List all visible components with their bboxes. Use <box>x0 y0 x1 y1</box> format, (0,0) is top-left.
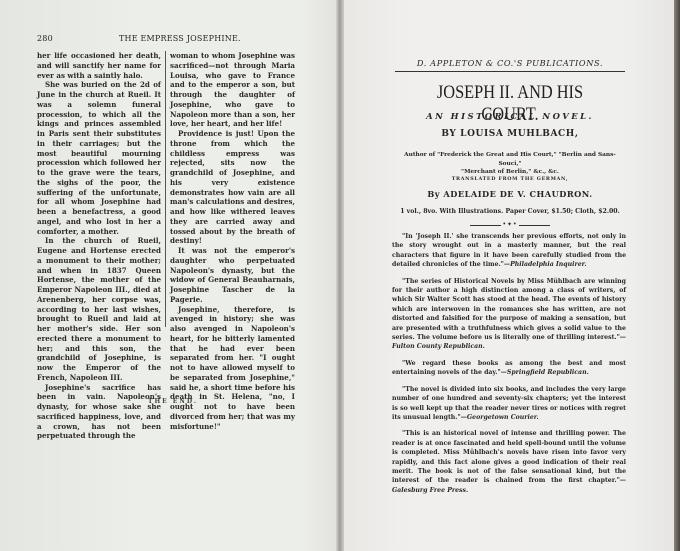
column-divider <box>165 51 166 327</box>
paragraph: Josephine's sacrifice has been in vain. … <box>37 383 161 442</box>
paragraph: Providence is just! Upon the throne from… <box>170 129 295 246</box>
review-quote: "This is an historical novel of intense … <box>392 429 626 495</box>
review-quote: "We regard these books as among the best… <box>392 359 626 378</box>
review-text: "This is an historical novel of intense … <box>392 430 626 484</box>
publisher-rule <box>395 71 625 72</box>
ornament-rule-left <box>470 225 501 226</box>
review-text: "The series of Historical Novels by Miss… <box>392 278 626 341</box>
book-gutter <box>336 0 344 551</box>
running-head-title: THE EMPRESS JOSEPHINE. <box>119 34 241 43</box>
review-source: Georgetown Courier. <box>467 414 539 421</box>
review-source: Galesburg Free Press. <box>392 487 468 494</box>
book-subtitle: AN HISTORICAL NOVEL. <box>395 111 625 121</box>
book-edge <box>674 0 680 551</box>
review-quote: "The series of Historical Novels by Miss… <box>392 277 626 352</box>
end-mark: THE END. <box>148 398 198 405</box>
price-line: 1 vol., 8vo. With Illustrations. Paper C… <box>395 208 625 215</box>
review-source: Philadelphia Inquirer. <box>510 261 586 268</box>
translated-from: TRANSLATED FROM THE GERMAN, <box>395 176 625 182</box>
ornament-divider: •✦• <box>470 222 550 228</box>
paragraph: She was buried on the 2d of June in the … <box>37 80 161 236</box>
book-spread: 280 THE EMPRESS JOSEPHINE. her life occa… <box>0 0 680 551</box>
author-line: BY LOUISA MUHLBACH, <box>395 129 625 139</box>
review-list: "In 'Joseph II.' she transcends her prev… <box>392 232 626 502</box>
ornament-icon: •✦• <box>501 222 518 228</box>
running-head: 280 THE EMPRESS JOSEPHINE. <box>37 34 299 46</box>
publisher-line: D. APPLETON & CO.'S PUBLICATIONS. <box>395 58 625 68</box>
ornament-rule-right <box>519 225 550 226</box>
review-source: Fulton County Republican. <box>392 343 485 350</box>
review-quote: "In 'Joseph II.' she transcends her prev… <box>392 232 626 270</box>
author-note-line-1: Author of "Frederick the Great and His C… <box>395 151 625 168</box>
translator-line: By ADELAIDE DE V. CHAUDRON. <box>395 189 625 199</box>
review-source: Springfield Republican. <box>507 369 589 376</box>
left-column-a: her life occasioned her death, and will … <box>37 51 161 441</box>
paragraph: In the church of Rueil, Eugene and Horte… <box>37 236 161 382</box>
left-column-b: woman to whom Josephine was sacrificed—n… <box>170 51 295 431</box>
page-number: 280 <box>37 34 53 43</box>
author-note: Author of "Frederick the Great and His C… <box>395 151 625 177</box>
review-quote: "The novel is divided into six books, an… <box>392 385 626 423</box>
paragraph: It was not the emperor's daughter who pe… <box>170 246 295 305</box>
paragraph: woman to whom Josephine was sacrificed—n… <box>170 51 295 129</box>
review-text: "In 'Joseph II.' she transcends her prev… <box>392 233 626 268</box>
paragraph: Josephine, therefore, is avenged in hist… <box>170 305 295 432</box>
paragraph: her life occasioned her death, and will … <box>37 51 161 80</box>
